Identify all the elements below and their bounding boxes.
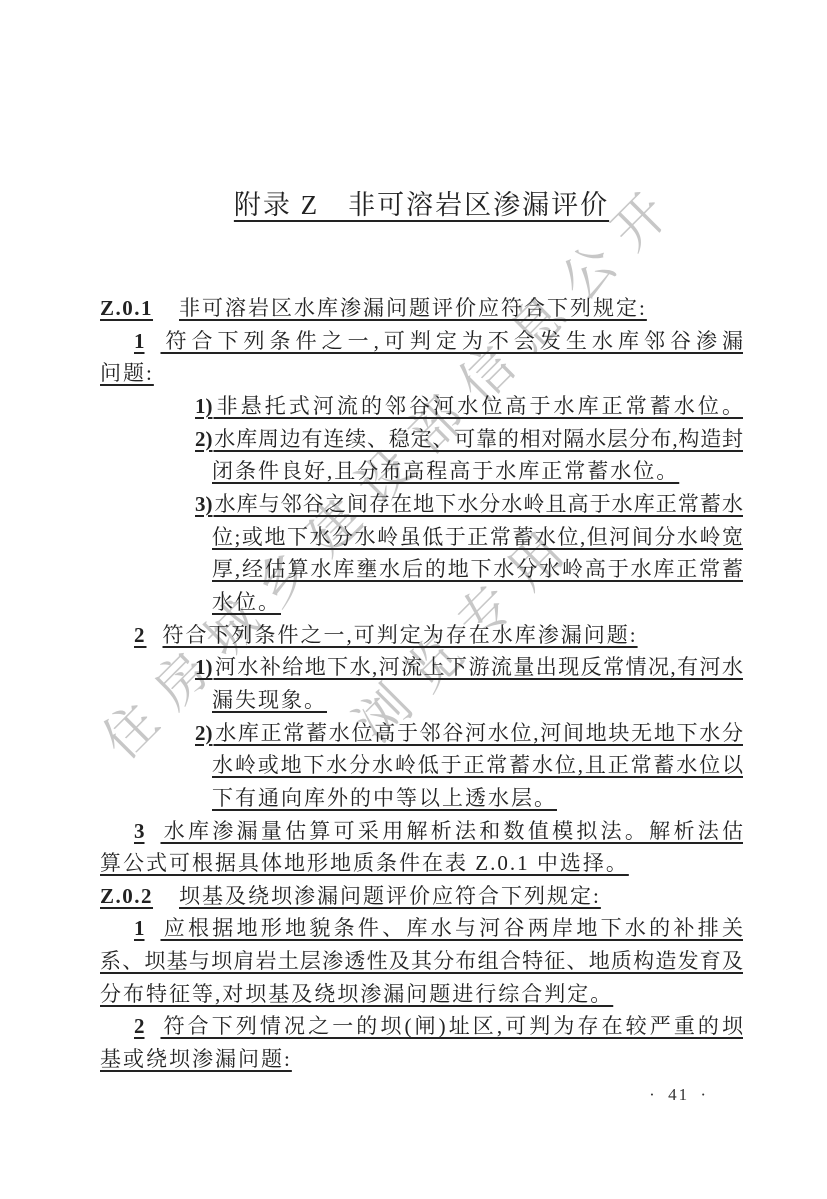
line-text: 水位。 — [212, 590, 281, 614]
text-line-content: 算公式可根据具体地形地质条件在表 Z.0.1 中选择。 — [100, 851, 629, 875]
line-text: 基或绕坝渗漏问题: — [100, 1047, 292, 1071]
text-line-content: 分布特征等,对坝基及绕坝渗漏问题进行综合判定。 — [100, 982, 613, 1006]
clause-number: Z.0.1 — [100, 296, 179, 320]
text-line: Z.0.1非可溶岩区水库渗漏问题评价应符合下列规定: — [100, 292, 743, 325]
text-line: 算公式可根据具体地形地质条件在表 Z.0.1 中选择。 — [100, 847, 743, 880]
clause-number: 2) — [195, 721, 214, 745]
line-text: 水库渗漏量估算可采用解析法和数值模拟法。解析法估 — [161, 819, 744, 843]
text-line: 分布特征等,对坝基及绕坝渗漏问题进行综合判定。 — [100, 978, 743, 1011]
line-text: 符合下列情况之一的坝(闸)址区,可判为存在较严重的坝 — [161, 1014, 744, 1038]
line-text: 厚,经估算水库壅水后的地下水分水岭高于水库正常蓄 — [212, 557, 743, 581]
text-line: 位;或地下水分水岭虽低于正常蓄水位,但河间分水岭宽 — [100, 521, 743, 554]
clause-number: 1) — [195, 394, 214, 418]
line-text: 问题: — [100, 361, 154, 385]
text-line: 水位。 — [100, 586, 743, 619]
line-text: 位;或地下水分水岭虽低于正常蓄水位,但河间分水岭宽 — [212, 525, 743, 549]
text-line: Z.0.2坝基及绕坝渗漏问题评价应符合下列规定: — [100, 880, 743, 913]
text-line-content: 2符合下列条件之一,可判定为存在水库渗漏问题: — [134, 623, 638, 647]
text-lines: Z.0.1非可溶岩区水库渗漏问题评价应符合下列规定: 1符合下列条件之一,可判定… — [100, 292, 743, 1076]
clause-number: 1) — [195, 655, 214, 679]
text-line-content: 1)河水补给地下水,河流上下游流量出现反常情况,有河水 — [195, 655, 743, 679]
text-line: 3)水库与邻谷之间存在地下水分水岭且高于水库正常蓄水 — [100, 488, 743, 521]
text-line-content: 问题: — [100, 361, 154, 385]
line-text: 下有通向库外的中等以上透水层。 — [212, 786, 557, 810]
text-line: 2)水库正常蓄水位高于邻谷河水位,河间地块无地下水分 — [100, 717, 743, 750]
text-line: 漏失现象。 — [100, 684, 743, 717]
line-text: 应根据地形地貌条件、库水与河谷两岸地下水的补排关 — [161, 916, 744, 940]
clause-number: Z.0.2 — [100, 884, 179, 908]
text-line-content: 漏失现象。 — [212, 688, 327, 712]
text-line-content: 1应根据地形地貌条件、库水与河谷两岸地下水的补排关 — [134, 916, 743, 940]
text-line: 基或绕坝渗漏问题: — [100, 1043, 743, 1076]
text-line-content: 水岭或地下水分水岭低于正常蓄水位,且正常蓄水位以 — [212, 753, 743, 777]
text-line: 3水库渗漏量估算可采用解析法和数值模拟法。解析法估 — [100, 815, 743, 848]
clause-number: 1 — [134, 329, 161, 353]
line-text: 河水补给地下水,河流上下游流量出现反常情况,有河水 — [214, 655, 744, 679]
text-line-content: 1符合下列条件之一,可判定为不会发生水库邻谷渗漏 — [134, 329, 743, 353]
line-text: 非悬托式河流的邻谷河水位高于水库正常蓄水位。 — [214, 394, 744, 418]
line-text: 非可溶岩区水库渗漏问题评价应符合下列规定: — [179, 296, 647, 320]
line-text: 水库与邻谷之间存在地下水分水岭且高于水库正常蓄水 — [214, 492, 744, 516]
text-line-content: Z.0.2坝基及绕坝渗漏问题评价应符合下列规定: — [100, 884, 601, 908]
appendix-title-text: 附录 Z 非可溶岩区渗漏评价 — [234, 190, 609, 220]
line-text: 系、坝基与坝肩岩土层渗透性及其分布组合特征、地质构造发育及 — [100, 949, 743, 973]
text-line-content: 位;或地下水分水岭虽低于正常蓄水位,但河间分水岭宽 — [212, 525, 743, 549]
text-line: 1)非悬托式河流的邻谷河水位高于水库正常蓄水位。 — [100, 390, 743, 423]
line-text: 水库周边有连续、稳定、可靠的相对隔水层分布,构造封 — [214, 427, 744, 451]
text-line: 2符合下列条件之一,可判定为存在水库渗漏问题: — [100, 619, 743, 652]
page-number: · 41 · — [649, 1085, 708, 1105]
line-text: 漏失现象。 — [212, 688, 327, 712]
text-line-content: 2符合下列情况之一的坝(闸)址区,可判为存在较严重的坝 — [134, 1014, 743, 1038]
text-line-content: 2)水库周边有连续、稳定、可靠的相对隔水层分布,构造封 — [195, 427, 743, 451]
text-line: 2符合下列情况之一的坝(闸)址区,可判为存在较严重的坝 — [100, 1010, 743, 1043]
text-line-content: 闭条件良好,且分布高程高于水库正常蓄水位。 — [212, 459, 679, 483]
text-line: 闭条件良好,且分布高程高于水库正常蓄水位。 — [100, 455, 743, 488]
text-line-content: 2)水库正常蓄水位高于邻谷河水位,河间地块无地下水分 — [195, 721, 743, 745]
document-page: 住房城乡建设部信息公开 浏览专用 附录 Z 非可溶岩区渗漏评价 Z.0.1非可溶… — [0, 0, 827, 1199]
clause-number: 3 — [134, 819, 161, 843]
appendix-title: 附录 Z 非可溶岩区渗漏评价 — [100, 188, 743, 222]
text-line: 水岭或地下水分水岭低于正常蓄水位,且正常蓄水位以 — [100, 749, 743, 782]
text-line-content: 3)水库与邻谷之间存在地下水分水岭且高于水库正常蓄水 — [195, 492, 743, 516]
line-text: 符合下列条件之一,可判定为不会发生水库邻谷渗漏 — [161, 329, 744, 353]
line-text: 分布特征等,对坝基及绕坝渗漏问题进行综合判定。 — [100, 982, 613, 1006]
text-line: 1应根据地形地貌条件、库水与河谷两岸地下水的补排关 — [100, 912, 743, 945]
clause-number: 2 — [134, 623, 163, 647]
clause-number: 3) — [195, 492, 214, 516]
text-line: 1)河水补给地下水,河流上下游流量出现反常情况,有河水 — [100, 651, 743, 684]
line-text: 算公式可根据具体地形地质条件在表 Z.0.1 中选择。 — [100, 851, 629, 875]
line-text: 闭条件良好,且分布高程高于水库正常蓄水位。 — [212, 459, 679, 483]
text-line-content: 厚,经估算水库壅水后的地下水分水岭高于水库正常蓄 — [212, 557, 743, 581]
text-line-content: 下有通向库外的中等以上透水层。 — [212, 786, 557, 810]
text-line-content: 3水库渗漏量估算可采用解析法和数值模拟法。解析法估 — [134, 819, 743, 843]
text-line: 下有通向库外的中等以上透水层。 — [100, 782, 743, 815]
line-text: 符合下列条件之一,可判定为存在水库渗漏问题: — [163, 623, 638, 647]
text-line-content: Z.0.1非可溶岩区水库渗漏问题评价应符合下列规定: — [100, 296, 647, 320]
text-line: 2)水库周边有连续、稳定、可靠的相对隔水层分布,构造封 — [100, 423, 743, 456]
text-line: 问题: — [100, 357, 743, 390]
document-body: 附录 Z 非可溶岩区渗漏评价 Z.0.1非可溶岩区水库渗漏问题评价应符合下列规定… — [100, 188, 743, 1076]
clause-number: 2 — [134, 1014, 161, 1038]
text-line: 系、坝基与坝肩岩土层渗透性及其分布组合特征、地质构造发育及 — [100, 945, 743, 978]
line-text: 坝基及绕坝渗漏问题评价应符合下列规定: — [179, 884, 601, 908]
text-line-content: 1)非悬托式河流的邻谷河水位高于水库正常蓄水位。 — [195, 394, 743, 418]
text-line: 厚,经估算水库壅水后的地下水分水岭高于水库正常蓄 — [100, 553, 743, 586]
clause-number: 1 — [134, 916, 161, 940]
text-line-content: 水位。 — [212, 590, 281, 614]
clause-number: 2) — [195, 427, 214, 451]
text-line-content: 系、坝基与坝肩岩土层渗透性及其分布组合特征、地质构造发育及 — [100, 949, 743, 973]
line-text: 水库正常蓄水位高于邻谷河水位,河间地块无地下水分 — [214, 721, 744, 745]
line-text: 水岭或地下水分水岭低于正常蓄水位,且正常蓄水位以 — [212, 753, 743, 777]
text-line-content: 基或绕坝渗漏问题: — [100, 1047, 292, 1071]
text-line: 1符合下列条件之一,可判定为不会发生水库邻谷渗漏 — [100, 325, 743, 358]
